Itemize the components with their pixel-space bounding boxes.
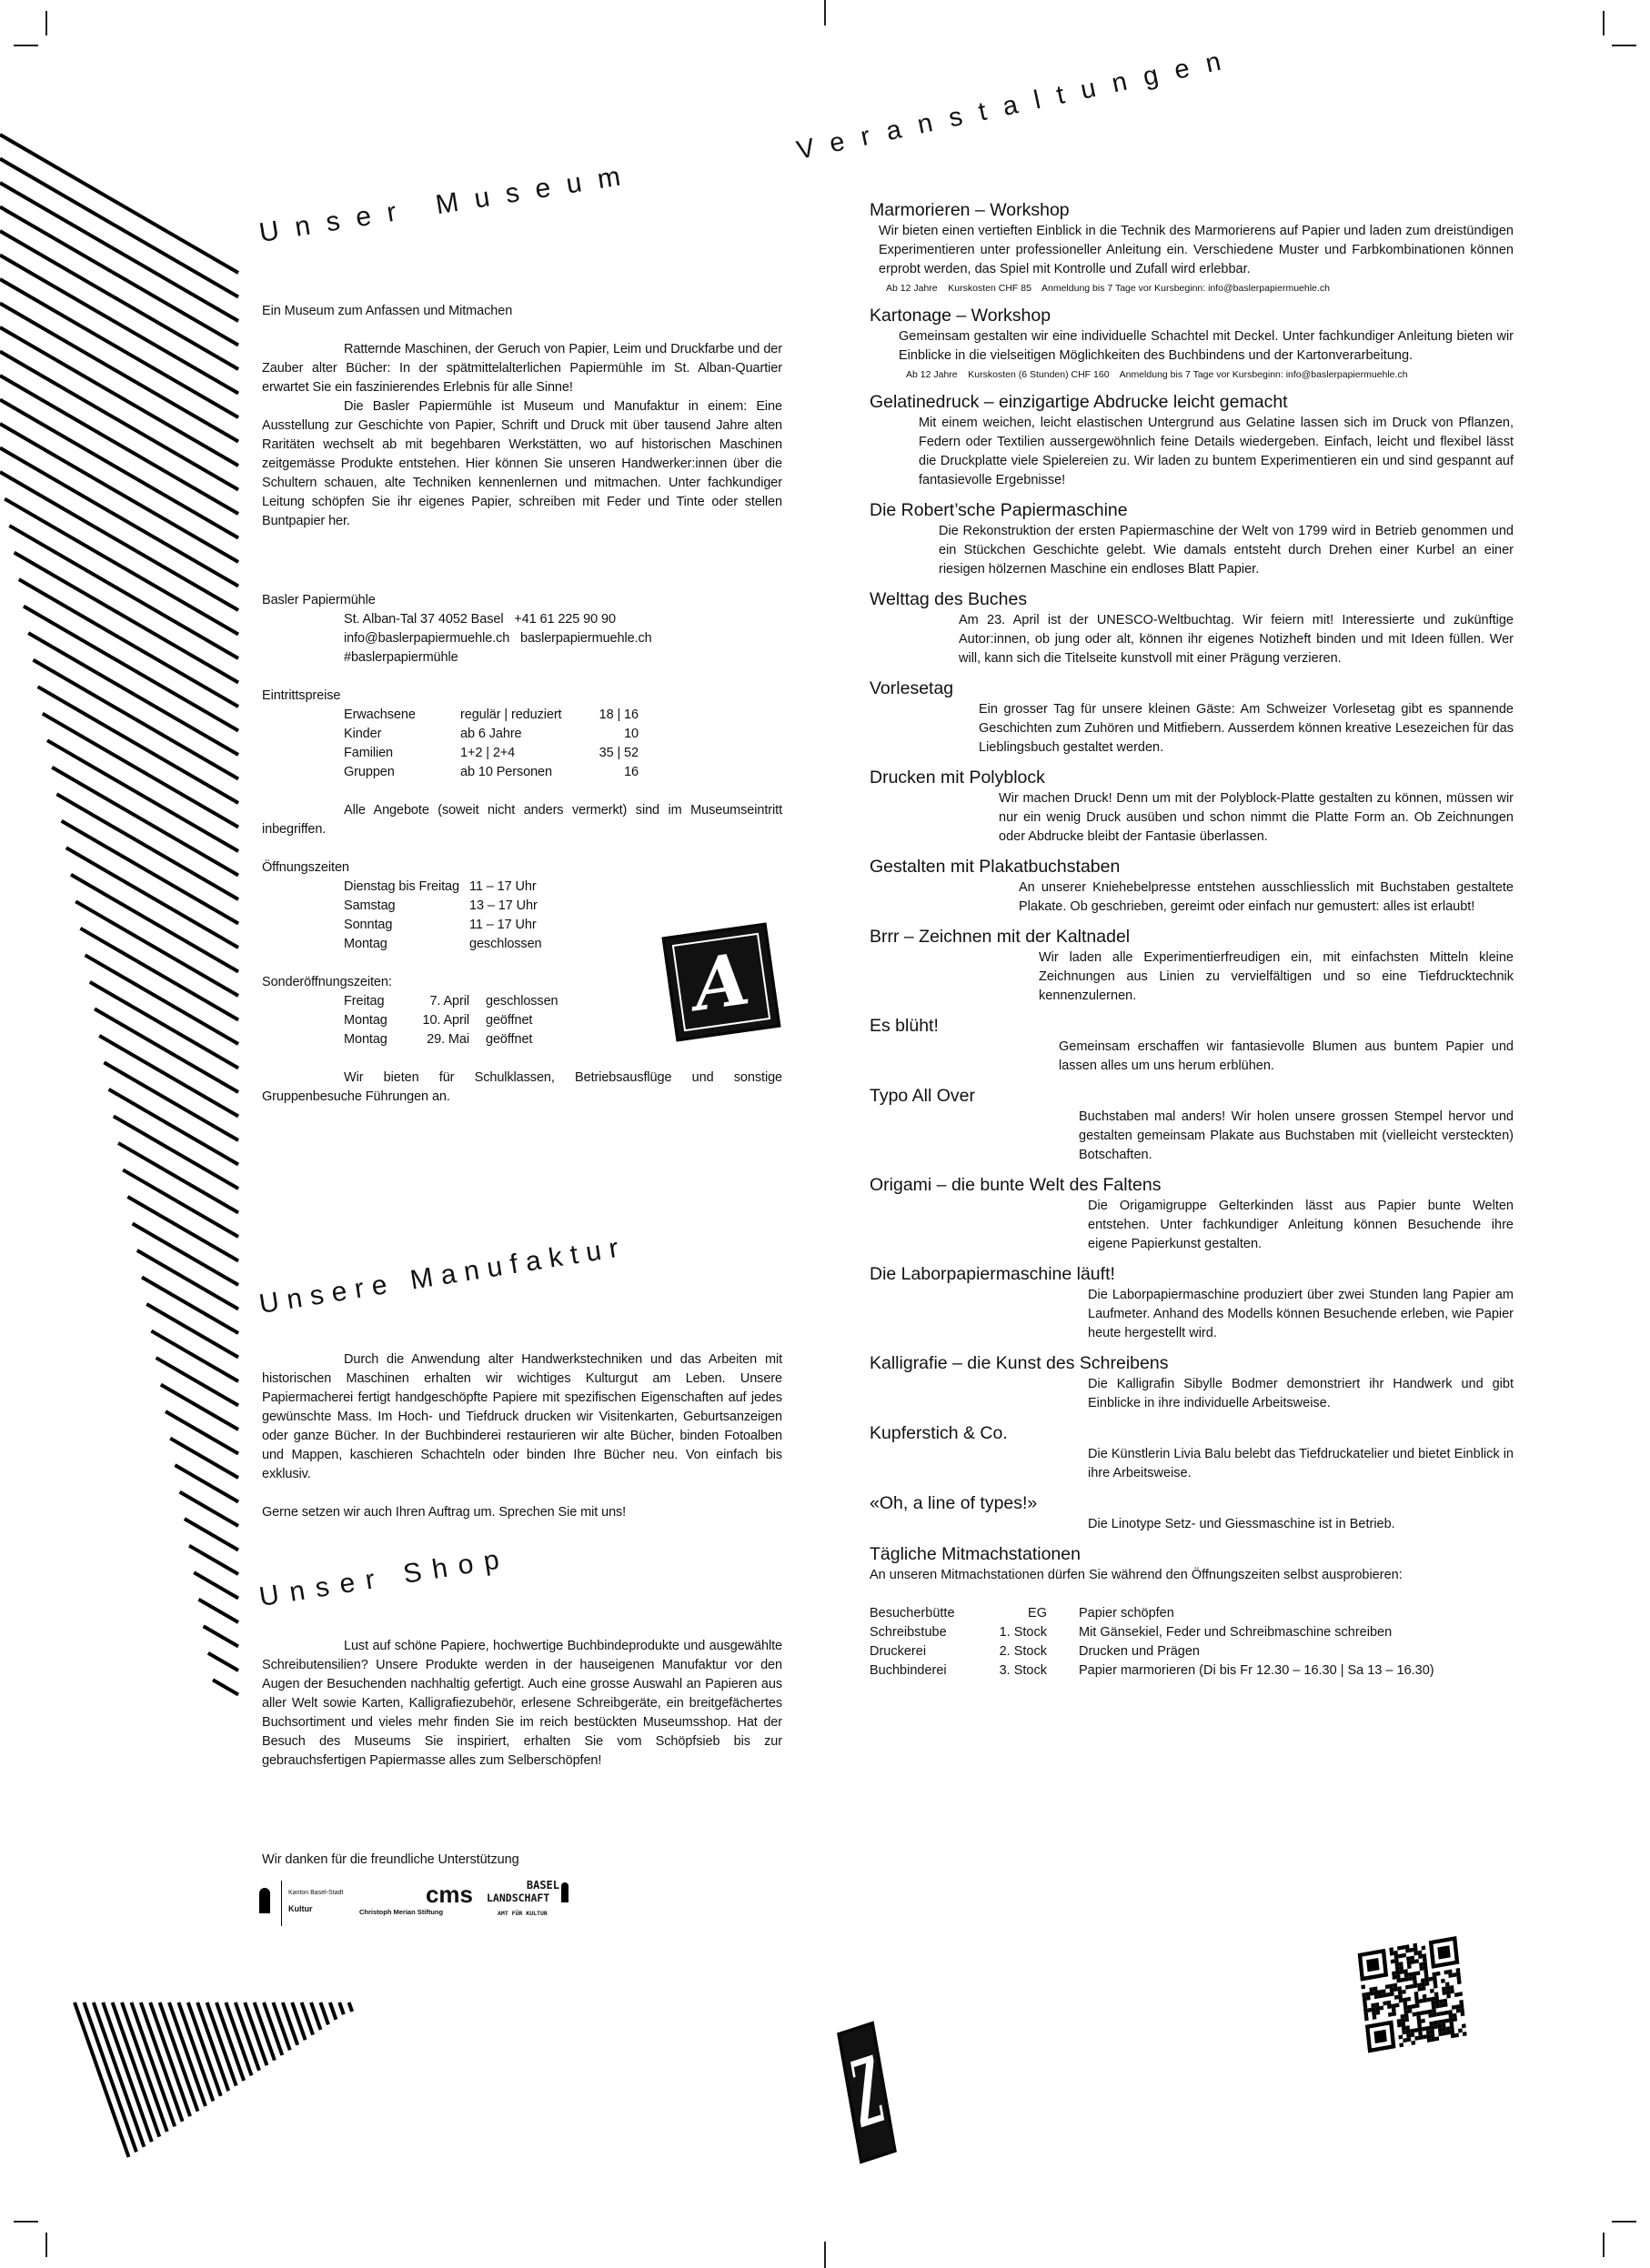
sponsor-basel-stadt-line2: Kultur <box>288 1904 313 1913</box>
special-date: 7. April <box>397 992 469 1011</box>
price-category: Erwachsene <box>262 706 460 725</box>
hours-row: Samstag13 – 17 Uhr <box>262 897 782 916</box>
station-floor: 2. Stock <box>983 1642 1079 1661</box>
event-description: Die Kalligrafin Sibylle Bodmer demonstri… <box>870 1375 1514 1413</box>
groups-note: Wir bieten für Schulklassen, Betriebsaus… <box>262 1070 782 1104</box>
price-row: Familien1+2 | 2+435 | 52 <box>262 744 782 763</box>
special-status: geöffnet <box>469 1011 532 1030</box>
stations-intro: An unseren Mitmachstationen dürfen Sie w… <box>870 1566 1514 1585</box>
event-description: Die Laborpapiermaschine produziert über … <box>870 1286 1514 1343</box>
shop-section: Lust auf schöne Papiere, hochwertige Buc… <box>262 1637 782 1771</box>
hours-day: Sonntag <box>262 916 469 935</box>
event-title: Vorlesetag <box>870 677 1514 700</box>
event-title: Die Robert’sche Papiermaschine <box>870 498 1514 522</box>
special-status: geöffnet <box>469 1030 532 1049</box>
event-description: Wir laden alle Experimentierfreudigen ei… <box>870 948 1514 1006</box>
event-title: Typo All Over <box>870 1084 1514 1108</box>
station-name: Schreibstube <box>870 1623 983 1642</box>
hours-time: 11 – 17 Uhr <box>469 916 537 935</box>
event-item: Origami – die bunte Welt des FaltensDie … <box>870 1173 1514 1254</box>
station-activity: Papier marmorieren (Di bis Fr 12.30 – 16… <box>1079 1661 1434 1681</box>
price-value: 35 | 52 <box>595 744 639 763</box>
event-description: Gemeinsam gestalten wir eine individuell… <box>870 327 1514 366</box>
event-item: Marmorieren – WorkshopWir bieten einen v… <box>870 198 1514 296</box>
hours-day: Montag <box>262 935 469 954</box>
event-description: Gemeinsam erschaffen wir fantasievolle B… <box>870 1038 1514 1076</box>
price-row: Gruppenab 10 Personen16 <box>262 763 782 782</box>
event-title: Marmorieren – Workshop <box>870 198 1514 222</box>
event-item: Gestalten mit PlakatbuchstabenAn unserer… <box>870 855 1514 917</box>
contact-website[interactable]: baslerpapiermuehle.ch <box>520 631 652 646</box>
manufaktur-cta: Gerne setzen wir auch Ihren Auftrag um. … <box>262 1503 782 1522</box>
event-description: Ein grosser Tag für unsere kleinen Gäste… <box>870 700 1514 758</box>
station-floor: EG <box>983 1604 1079 1623</box>
event-item: Welttag des BuchesAm 23. April ist der U… <box>870 587 1514 668</box>
contact-email[interactable]: info@baslerpapiermuehle.ch <box>344 631 509 646</box>
event-item: «Oh, a line of types!»Die Linotype Setz-… <box>870 1491 1514 1534</box>
stations-section: Tägliche MitmachstationenAn unseren Mitm… <box>870 1542 1514 1681</box>
event-description: Die Origamigruppe Gelterkinden lässt aus… <box>870 1197 1514 1254</box>
sponsor-logos: Kanton Basel-Stadt Kultur cms Christoph … <box>259 1881 641 1926</box>
hours-day: Dienstag bis Freitag <box>262 878 469 897</box>
station-activity: Drucken und Prägen <box>1079 1642 1200 1661</box>
contact-name: Basler Papiermühle <box>262 591 782 610</box>
event-title: Kartonage – Workshop <box>870 304 1514 327</box>
event-title: Gestalten mit Plakatbuchstaben <box>870 855 1514 878</box>
sponsor-bl-line1: BASEL <box>487 1879 559 1892</box>
event-description: Buchstaben mal anders! Wir holen unsere … <box>870 1108 1514 1165</box>
museum-paragraph-1: Ratternde Maschinen, der Geruch von Papi… <box>262 342 782 395</box>
station-row: BesucherbütteEGPapier schöpfen <box>870 1604 1514 1623</box>
contact-hashtag: #baslerpapiermühle <box>262 648 782 667</box>
price-condition: ab 10 Personen <box>460 763 595 782</box>
event-description: Die Rekonstruktion der ersten Papiermasc… <box>870 522 1514 579</box>
event-description: Wir machen Druck! Denn um mit der Polybl… <box>870 789 1514 847</box>
event-item: Kalligrafie – die Kunst des SchreibensDi… <box>870 1351 1514 1413</box>
price-condition: regulär | reduziert <box>460 706 595 725</box>
event-item: Es blüht!Gemeinsam erschaffen wir fantas… <box>870 1014 1514 1076</box>
events-list: Marmorieren – WorkshopWir bieten einen v… <box>870 198 1514 1689</box>
sponsors-thanks: Wir danken für die freundliche Unterstüt… <box>262 1851 519 1870</box>
special-day: Montag <box>262 1030 397 1049</box>
qr-code-icon[interactable] <box>1358 1936 1470 2061</box>
prices-title: Eintrittspreise <box>262 687 782 706</box>
hours-time: 11 – 17 Uhr <box>469 878 537 897</box>
prices-note: Alle Angebote (soweit nicht anders verme… <box>262 803 782 837</box>
special-day: Montag <box>262 1011 397 1030</box>
event-description: Am 23. April ist der UNESCO-Weltbuchtag.… <box>870 611 1514 668</box>
event-description: Mit einem weichen, leicht elastischen Un… <box>870 414 1514 490</box>
event-item: Die Laborpapiermaschine läuft!Die Laborp… <box>870 1262 1514 1343</box>
event-title: Gelatinedruck – einzigartige Abdrucke le… <box>870 390 1514 414</box>
event-item: Kupferstich & Co.Die Künstlerin Livia Ba… <box>870 1421 1514 1483</box>
special-status: geschlossen <box>469 992 558 1011</box>
contact-phone[interactable]: +41 61 225 90 90 <box>514 612 616 627</box>
event-title: Brrr – Zeichnen mit der Kaltnadel <box>870 925 1514 948</box>
manufaktur-section: Durch die Anwendung alter Handwerkstechn… <box>262 1350 782 1522</box>
event-title: Drucken mit Polyblock <box>870 766 1514 789</box>
basel-landschaft-staff-icon <box>561 1882 568 1902</box>
event-title: Es blüht! <box>870 1014 1514 1038</box>
price-condition: 1+2 | 2+4 <box>460 744 595 763</box>
price-row: Kinderab 6 Jahre10 <box>262 725 782 744</box>
shop-paragraph: Lust auf schöne Papiere, hochwertige Buc… <box>262 1639 782 1768</box>
event-item: Die Robert’sche PapiermaschineDie Rekons… <box>870 498 1514 579</box>
hours-title: Öffnungszeiten <box>262 858 782 878</box>
price-value: 18 | 16 <box>595 706 639 725</box>
event-title: «Oh, a line of types!» <box>870 1491 1514 1515</box>
event-item: VorlesetagEin grosser Tag für unsere kle… <box>870 677 1514 758</box>
station-activity: Papier schöpfen <box>1079 1604 1174 1623</box>
event-title: Die Laborpapiermaschine läuft! <box>870 1262 1514 1286</box>
station-name: Druckerei <box>870 1642 983 1661</box>
price-category: Familien <box>262 744 460 763</box>
hours-day: Samstag <box>262 897 469 916</box>
event-description: An unserer Kniehebelpresse entstehen aus… <box>870 878 1514 917</box>
manufaktur-paragraph: Durch die Anwendung alter Handwerkstechn… <box>262 1352 782 1481</box>
event-title: Kalligrafie – die Kunst des Schreibens <box>870 1351 1514 1375</box>
decorative-initial-a-icon: A <box>661 922 780 1041</box>
station-row: Druckerei2. StockDrucken und Prägen <box>870 1642 1514 1661</box>
event-description: Die Künstlerin Livia Balu belebt das Tie… <box>870 1445 1514 1483</box>
event-item: Drucken mit PolyblockWir machen Druck! D… <box>870 766 1514 847</box>
station-floor: 1. Stock <box>983 1623 1079 1642</box>
museum-paragraph-2: Die Basler Papiermühle ist Museum und Ma… <box>262 399 782 528</box>
special-day: Freitag <box>262 992 397 1011</box>
sponsor-basel-stadt-line1: Kanton Basel-Stadt <box>288 1890 343 1896</box>
event-item: Typo All OverBuchstaben mal anders! Wir … <box>870 1084 1514 1165</box>
event-title: Origami – die bunte Welt des Faltens <box>870 1173 1514 1197</box>
special-date: 29. Mai <box>397 1030 469 1049</box>
price-row: Erwachseneregulär | reduziert18 | 16 <box>262 706 782 725</box>
basel-staff-icon <box>259 1888 270 1913</box>
station-row: Schreibstube1. StockMit Gänsekiel, Feder… <box>870 1623 1514 1642</box>
price-value: 16 <box>595 763 639 782</box>
event-title: Welttag des Buches <box>870 587 1514 611</box>
special-date: 10. April <box>397 1011 469 1030</box>
station-row: Buchbinderei3. StockPapier marmorieren (… <box>870 1661 1514 1681</box>
hours-time: geschlossen <box>469 935 542 954</box>
museum-section: Ein Museum zum Anfassen und Mitmachen Ra… <box>262 302 782 531</box>
station-activity: Mit Gänsekiel, Feder und Schreibmaschine… <box>1079 1623 1392 1642</box>
prices-table: Erwachseneregulär | reduziert18 | 16Kind… <box>262 706 782 782</box>
stations-title: Tägliche Mitmachstationen <box>870 1542 1514 1566</box>
museum-subtitle: Ein Museum zum Anfassen und Mitmachen <box>262 302 782 321</box>
station-floor: 3. Stock <box>983 1661 1079 1681</box>
price-condition: ab 6 Jahre <box>460 725 595 744</box>
sponsor-cms-logo: cms <box>382 1882 473 1906</box>
event-description: Wir bieten einen vertieften Einblick in … <box>870 222 1514 279</box>
event-item: Gelatinedruck – einzigartige Abdrucke le… <box>870 390 1514 490</box>
hours-time: 13 – 17 Uhr <box>469 897 538 916</box>
station-name: Buchbinderei <box>870 1661 983 1681</box>
event-item: Brrr – Zeichnen mit der KaltnadelWir lad… <box>870 925 1514 1006</box>
event-item: Kartonage – WorkshopGemeinsam gestalten … <box>870 304 1514 382</box>
sponsor-bl-line2: LANDSCHAFT <box>487 1892 549 1904</box>
event-description: Die Linotype Setz- und Giessmaschine ist… <box>870 1515 1514 1534</box>
event-meta: Ab 12 Jahre Kurskosten CHF 85 Anmeldung … <box>870 281 1514 296</box>
price-category: Gruppen <box>262 763 460 782</box>
event-title: Kupferstich & Co. <box>870 1421 1514 1445</box>
price-value: 10 <box>595 725 639 744</box>
price-category: Kinder <box>262 725 460 744</box>
sponsor-bl-line3: AMT FÜR KULTUR <box>498 1910 548 1917</box>
event-meta: Ab 12 Jahre Kurskosten (6 Stunden) CHF 1… <box>870 367 1514 382</box>
hours-row: Dienstag bis Freitag11 – 17 Uhr <box>262 878 782 897</box>
spacer <box>870 1585 1514 1604</box>
sponsor-cms-name: Christoph Merian Stiftung <box>359 1908 443 1916</box>
contact-address: St. Alban-Tal 37 4052 Basel <box>344 612 503 627</box>
station-name: Besucherbütte <box>870 1604 983 1623</box>
